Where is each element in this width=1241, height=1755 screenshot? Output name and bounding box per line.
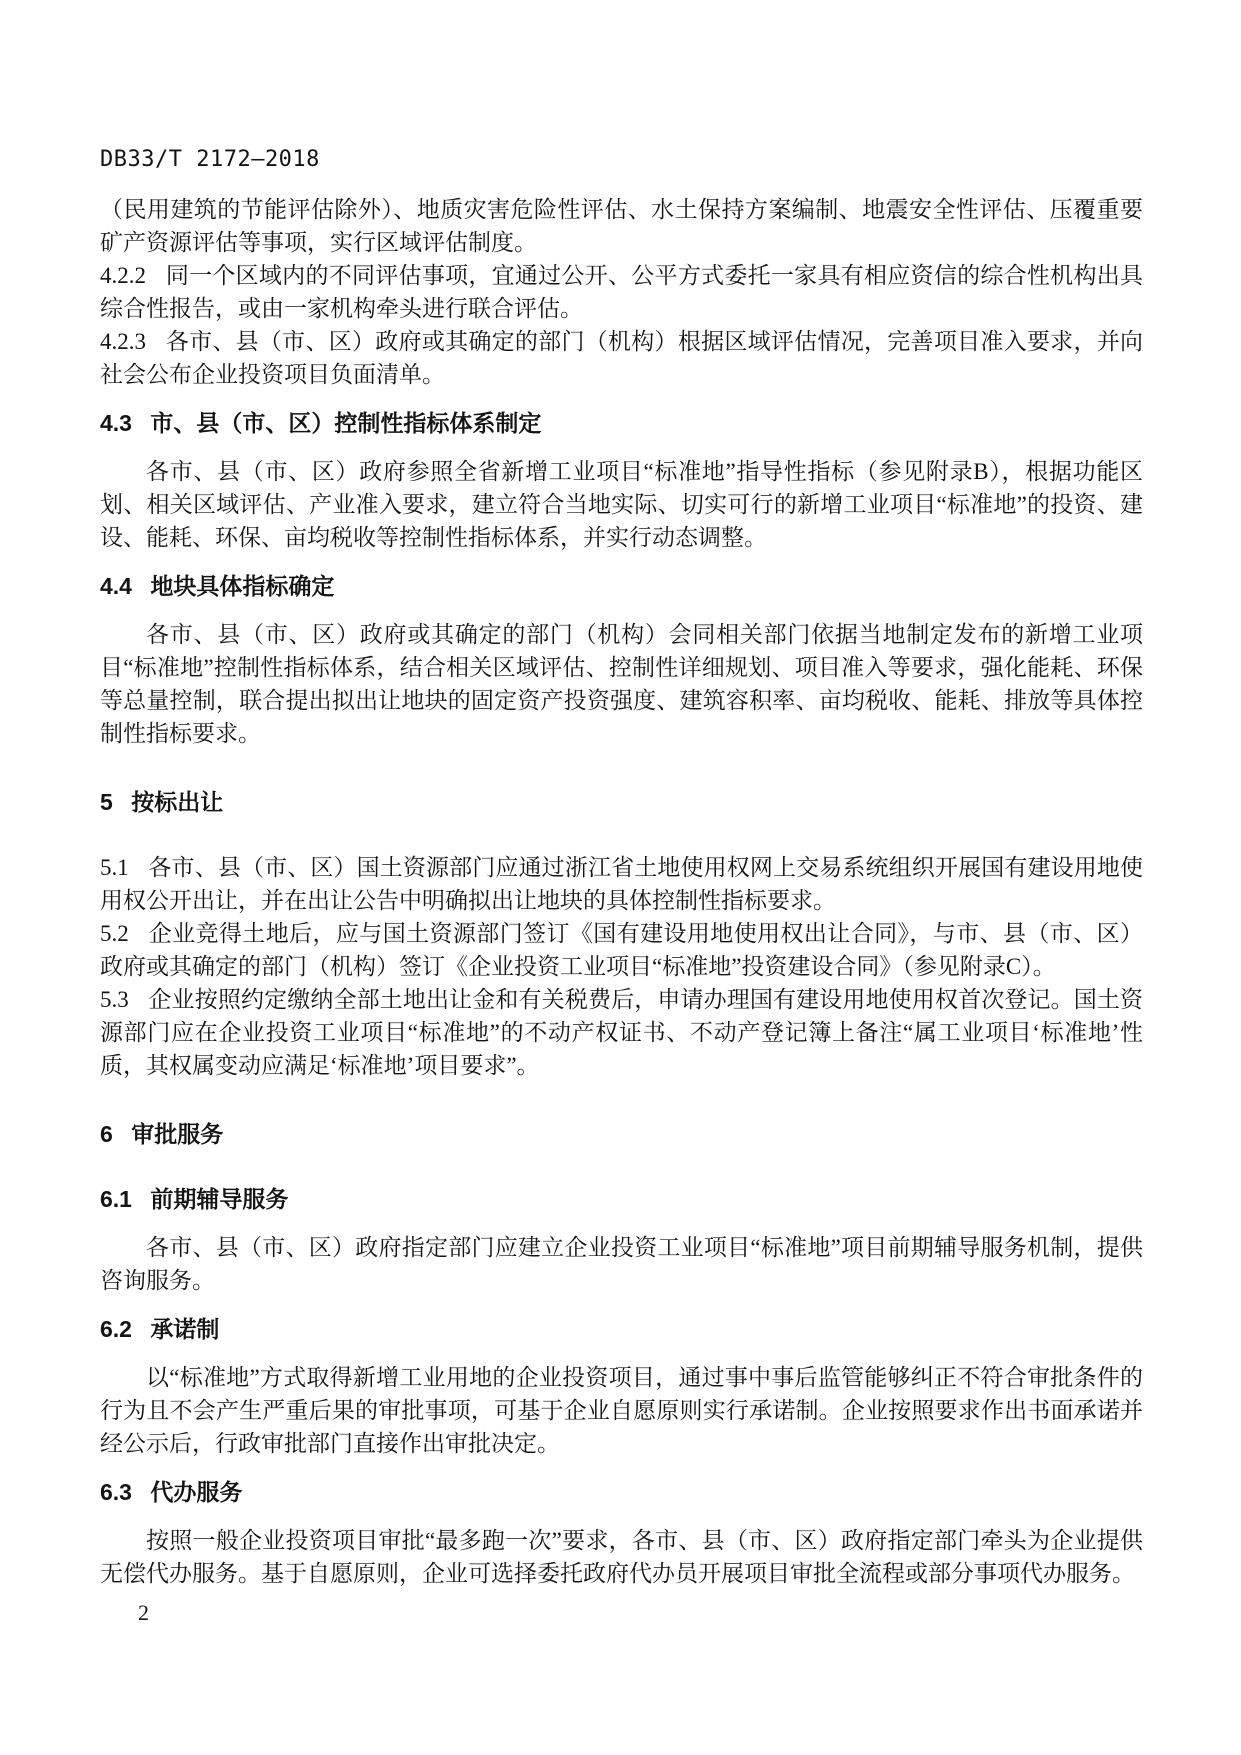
clause-text: 企业竞得土地后，应与国土资源部门签订《国有建设用地使用权出让合同》，与市、县（市… bbox=[100, 921, 1143, 979]
paragraph: 各市、县（市、区）政府指定部门应建立企业投资工业项目“标准地”项目前期辅导服务机… bbox=[100, 1231, 1143, 1297]
section-title: 地块具体指标确定 bbox=[150, 573, 334, 599]
chapter-heading-6: 6审批服务 bbox=[100, 1118, 1143, 1151]
page-number: 2 bbox=[138, 1600, 149, 1626]
section-heading-4-3: 4.3市、县（市、区）控制性指标体系制定 bbox=[100, 407, 1143, 440]
document-body: （民用建筑的节能评估除外）、地质灾害危险性评估、水土保持方案编制、地震安全性评估… bbox=[100, 193, 1143, 1590]
clause-text: 各市、县（市、区）国土资源部门应通过浙江省土地使用权网上交易系统组织开展国有建设… bbox=[100, 855, 1143, 913]
paragraph-continuation: （民用建筑的节能评估除外）、地质灾害危险性评估、水土保持方案编制、地震安全性评估… bbox=[100, 193, 1143, 259]
chapter-title: 审批服务 bbox=[131, 1121, 223, 1147]
section-title: 市、县（市、区）控制性指标体系制定 bbox=[150, 410, 541, 436]
clause-text: 各市、县（市、区）政府或其确定的部门（机构）根据区域评估情况，完善项目准入要求，… bbox=[100, 329, 1143, 387]
section-number: 4.4 bbox=[100, 573, 132, 599]
clause-number: 5.3 bbox=[100, 987, 129, 1012]
clause-5-2: 5.2企业竞得土地后，应与国土资源部门签订《国有建设用地使用权出让合同》，与市、… bbox=[100, 917, 1143, 983]
section-number: 6.1 bbox=[100, 1186, 132, 1212]
section-title: 代办服务 bbox=[150, 1479, 242, 1505]
chapter-heading-5: 5按标出让 bbox=[100, 786, 1143, 819]
section-heading-4-4: 4.4地块具体指标确定 bbox=[100, 570, 1143, 603]
clause-4-2-2: 4.2.2同一个区域内的不同评估事项，宜通过公开、公平方式委托一家具有相应资信的… bbox=[100, 259, 1143, 325]
chapter-number: 5 bbox=[100, 789, 113, 815]
clause-number: 4.2.3 bbox=[100, 329, 146, 354]
clause-number: 5.1 bbox=[100, 855, 129, 880]
clause-text: 企业按照约定缴纳全部土地出让金和有关税费后，申请办理国有建设用地使用权首次登记。… bbox=[100, 987, 1143, 1078]
clause-5-3: 5.3企业按照约定缴纳全部土地出让金和有关税费后，申请办理国有建设用地使用权首次… bbox=[100, 983, 1143, 1082]
standard-doc-code: DB33/T 2172—2018 bbox=[100, 147, 320, 172]
clause-number: 5.2 bbox=[100, 921, 129, 946]
paragraph: 按照一般企业投资项目审批“最多跑一次”要求，各市、县（市、区）政府指定部门牵头为… bbox=[100, 1524, 1143, 1590]
document-page: DB33/T 2172—2018 （民用建筑的节能评估除外）、地质灾害危险性评估… bbox=[0, 0, 1241, 1755]
section-heading-6-2: 6.2承诺制 bbox=[100, 1313, 1143, 1346]
paragraph: 以“标准地”方式取得新增工业用地的企业投资项目，通过事中事后监管能够纠正不符合审… bbox=[100, 1361, 1143, 1460]
section-heading-6-3: 6.3代办服务 bbox=[100, 1476, 1143, 1509]
section-number: 6.2 bbox=[100, 1316, 132, 1342]
section-heading-6-1: 6.1前期辅导服务 bbox=[100, 1183, 1143, 1216]
section-title: 承诺制 bbox=[150, 1316, 219, 1342]
paragraph: 各市、县（市、区）政府或其确定的部门（机构）会同相关部门依据当地制定发布的新增工… bbox=[100, 618, 1143, 750]
chapter-title: 按标出让 bbox=[131, 789, 223, 815]
clause-number: 4.2.2 bbox=[100, 263, 146, 288]
section-number: 4.3 bbox=[100, 410, 132, 436]
section-number: 6.3 bbox=[100, 1479, 132, 1505]
clause-4-2-3: 4.2.3各市、县（市、区）政府或其确定的部门（机构）根据区域评估情况，完善项目… bbox=[100, 325, 1143, 391]
clause-text: 同一个区域内的不同评估事项，宜通过公开、公平方式委托一家具有相应资信的综合性机构… bbox=[100, 263, 1143, 321]
clause-5-1: 5.1各市、县（市、区）国土资源部门应通过浙江省土地使用权网上交易系统组织开展国… bbox=[100, 851, 1143, 917]
paragraph: 各市、县（市、区）政府参照全省新增工业项目“标准地”指导性指标（参见附录B），根… bbox=[100, 455, 1143, 554]
chapter-number: 6 bbox=[100, 1121, 113, 1147]
section-title: 前期辅导服务 bbox=[150, 1186, 288, 1212]
